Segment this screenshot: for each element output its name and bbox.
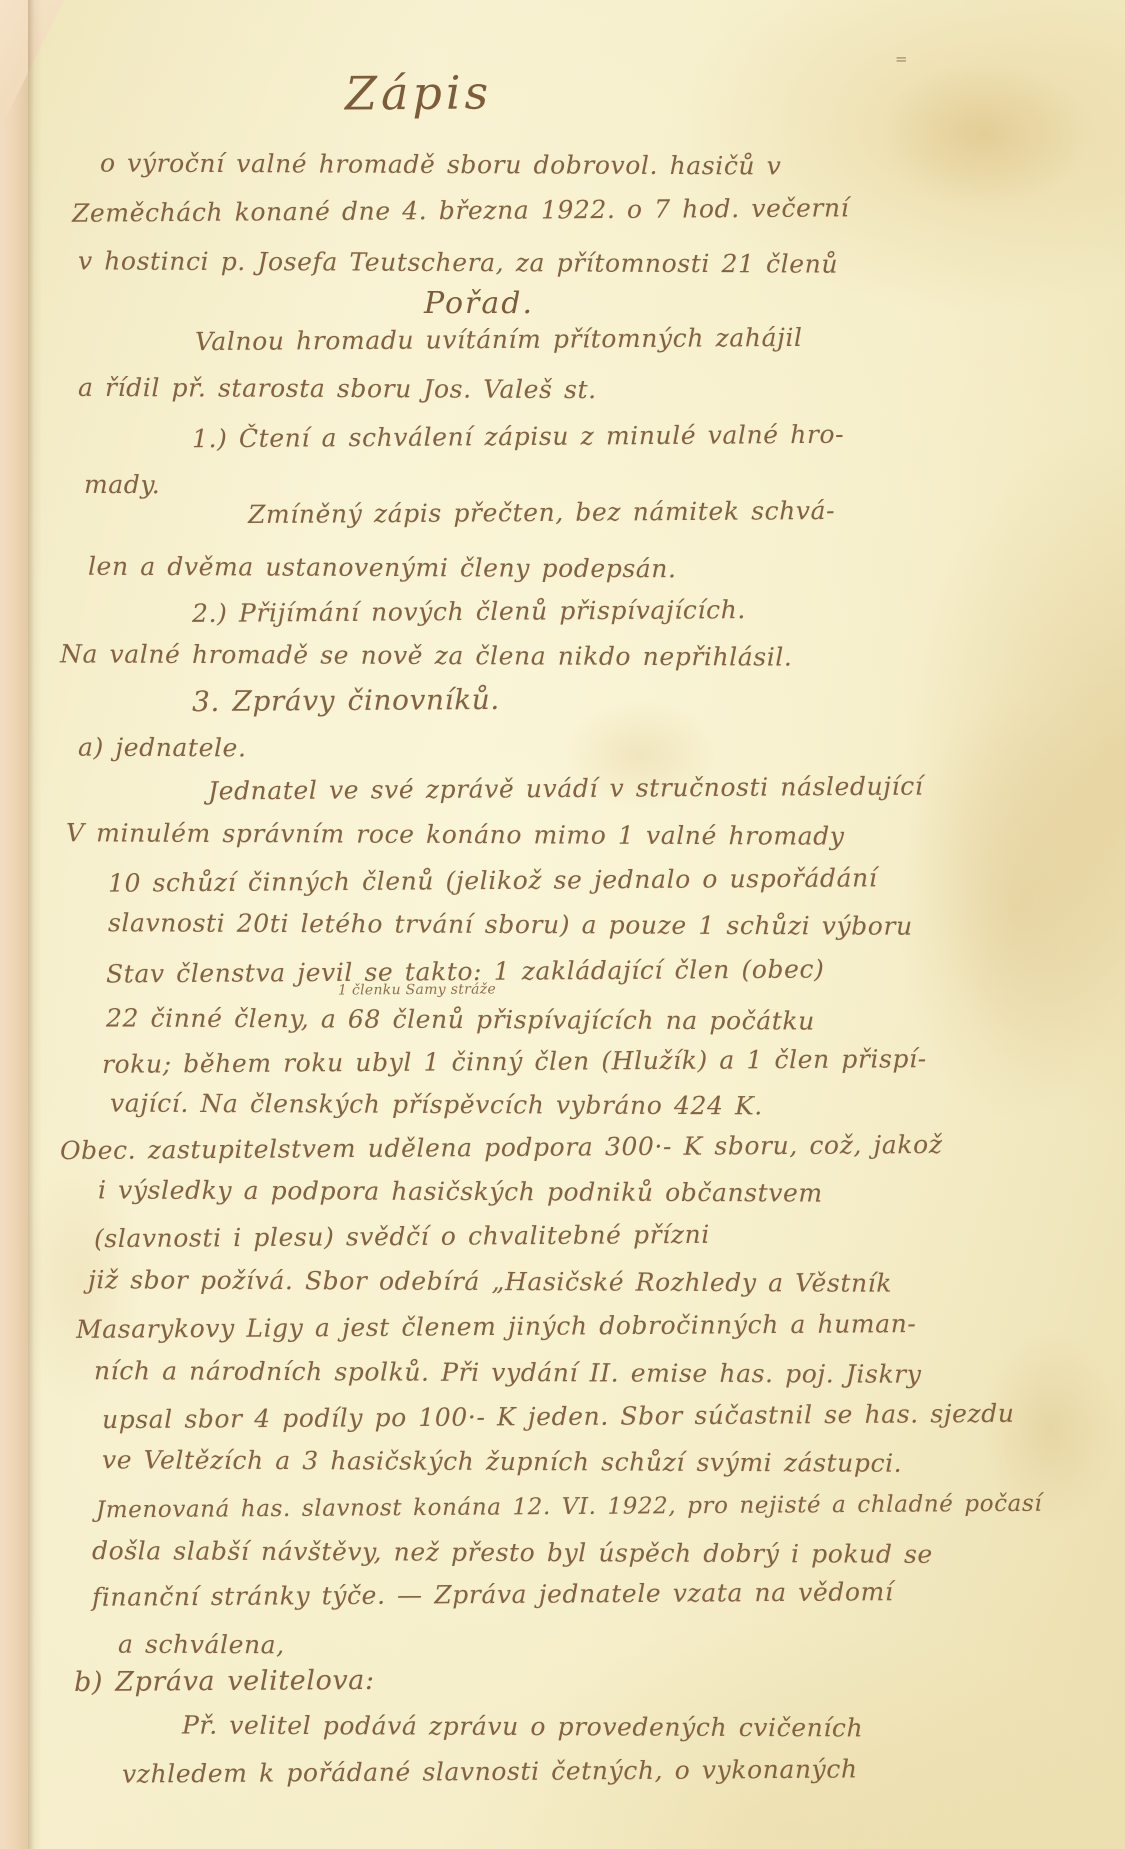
interlinear-insertion: 1 členku Samy stráže	[338, 981, 496, 998]
manuscript-line: roku; během roku ubyl 1 činný člen (Hluž…	[102, 1044, 927, 1079]
manuscript-line: (slavnosti i plesu) svědčí o chvalitebné…	[94, 1220, 710, 1253]
manuscript-line: Zeměchách konané dne 4. března 1922. o 7…	[72, 193, 849, 227]
manuscript-line: Obec. zastupitelstvem udělena podpora 30…	[60, 1130, 943, 1165]
manuscript-line: i výsledky a podpora hasičských podniků …	[98, 1175, 823, 1207]
agenda-heading: Pořad.	[424, 286, 534, 321]
manuscript-line: Zmíněný zápis přečten, bez námitek schvá…	[248, 496, 835, 529]
manuscript-line: vající. Na členských příspěvcích vybráno…	[110, 1089, 763, 1121]
document-title: Zápis	[345, 65, 493, 120]
manuscript-line: již sbor požívá. Sbor odebírá „Hasičské …	[88, 1265, 892, 1298]
manuscript-line: 22 činné členy, a 68 členů přispívajícíc…	[106, 1003, 815, 1035]
manuscript-line: vzhledem k pořádané slavnosti četných, o…	[122, 1754, 858, 1788]
paper-stain	[880, 60, 1090, 210]
manuscript-line: mady.	[84, 470, 161, 499]
paper-stain	[900, 700, 1125, 1120]
manuscript-line: slavnosti 20ti letého trvání sboru) a po…	[108, 908, 913, 941]
manuscript-line: a) jednatele.	[78, 733, 247, 763]
manuscript-line: 3. Zprávy činovníků.	[192, 683, 500, 718]
binding-shadow	[28, 0, 42, 1849]
manuscript-line: Masarykovy Ligy a jest členem jiných dob…	[76, 1309, 917, 1344]
manuscript-line: V minulém správním roce konáno mimo 1 va…	[66, 818, 845, 850]
manuscript-line: 2.) Přijímání nových členů přispívajícíc…	[192, 595, 746, 628]
manuscript-line: upsal sbor 4 podíly po 100·- K jeden. Sb…	[102, 1399, 1015, 1434]
manuscript-line: finanční stránky týče. — Zpráva jednatel…	[92, 1577, 894, 1612]
manuscript-line: a schválena,	[118, 1630, 285, 1660]
manuscript-line: Jmenovaná has. slavnost konána 12. VI. 1…	[96, 1491, 1042, 1524]
manuscript-line: Jednatel ve své zprávě uvádí v stručnost…	[208, 772, 924, 806]
manuscript-page: = Zápis o výroční valné hromadě sboru do…	[0, 0, 1125, 1849]
manuscript-line: v hostinci p. Josefa Teutschera, za přít…	[78, 246, 838, 278]
manuscript-line: len a dvěma ustanovenými členy podepsán.	[88, 552, 677, 584]
manuscript-line: ních a národních spolků. Při vydání II. …	[94, 1356, 922, 1389]
manuscript-line: došla slabší návštěvy, než přesto byl ús…	[92, 1536, 933, 1569]
manuscript-line: 1.) Čtení a schválení zápisu z minulé va…	[192, 420, 844, 454]
manuscript-line: Valnou hromadu uvítáním přítomných zaháj…	[195, 323, 803, 356]
manuscript-line: Př. velitel podává zprávu o provedených …	[182, 1711, 863, 1743]
manuscript-line: b) Zpráva velitelova:	[74, 1665, 375, 1698]
manuscript-line: 10 schůzí činných členů (jelikož se jedn…	[108, 863, 878, 897]
manuscript-line: o výroční valné hromadě sboru dobrovol. …	[100, 149, 782, 181]
pen-mark: =	[895, 50, 908, 68]
manuscript-line: ve Veltězích a 3 hasičských župních schů…	[102, 1445, 902, 1477]
manuscript-line: a řídil př. starosta sboru Jos. Valeš st…	[78, 373, 597, 404]
book-page-edge	[0, 0, 28, 1849]
manuscript-line: Na valné hromadě se nově za člena nikdo …	[60, 639, 793, 671]
